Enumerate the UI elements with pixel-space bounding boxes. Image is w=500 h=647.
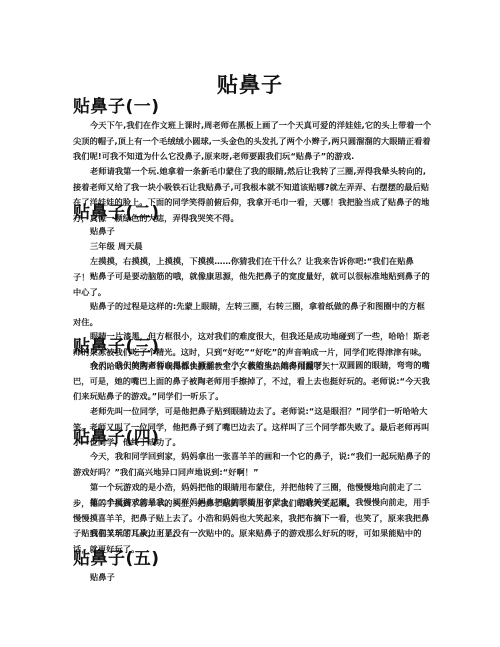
document-title: 贴鼻子	[0, 72, 500, 98]
section-1-paragraph-1: 今天下午,我们在作文班上课时,周老师在黑板上画了一个天真可爱的洋娃娃,它的头上带…	[73, 118, 433, 165]
section-2-paragraph-3: 贴鼻子的过程是这样的:先蒙上眼睛，左转三圈，右转三圈，拿着纸做的鼻子和图圈中的方…	[73, 299, 433, 330]
section-3-paragraph-1: 今天，我们的陶老师在黑板上画了一个小女孩的头。她多可爱呀！一双圆圆的眼睛，弯弯的…	[73, 358, 433, 405]
section-2-author: 三年级 周天晨	[90, 239, 450, 255]
section-5-subtitle: 贴鼻子	[90, 570, 450, 586]
section-heading-3: 贴鼻子(三)	[73, 336, 160, 358]
document-page: 贴鼻子 贴鼻子(一) 今天下午,我们在作文班上课时,周老师在黑板上画了一个天真可…	[0, 0, 500, 647]
section-2-paragraph-2: 贴鼻子可是要动脑筋的哦，就像康思源，他先把鼻子的宽度量好，就可以很标准地贴到鼻子…	[73, 269, 433, 300]
section-2-subtitle: 贴鼻子	[90, 224, 450, 240]
section-heading-5: 贴鼻子(五)	[73, 548, 160, 570]
section-4-paragraph-1: 今天，我和同学回到家，妈妈拿出一张喜羊羊的画和一个它的鼻子，说:“我们一起玩贴鼻…	[73, 449, 433, 480]
section-heading-2: 贴鼻子(二)	[73, 202, 160, 224]
section-heading-1: 贴鼻子(一)	[73, 96, 160, 118]
section-heading-4: 贴鼻子(四)	[73, 427, 160, 449]
